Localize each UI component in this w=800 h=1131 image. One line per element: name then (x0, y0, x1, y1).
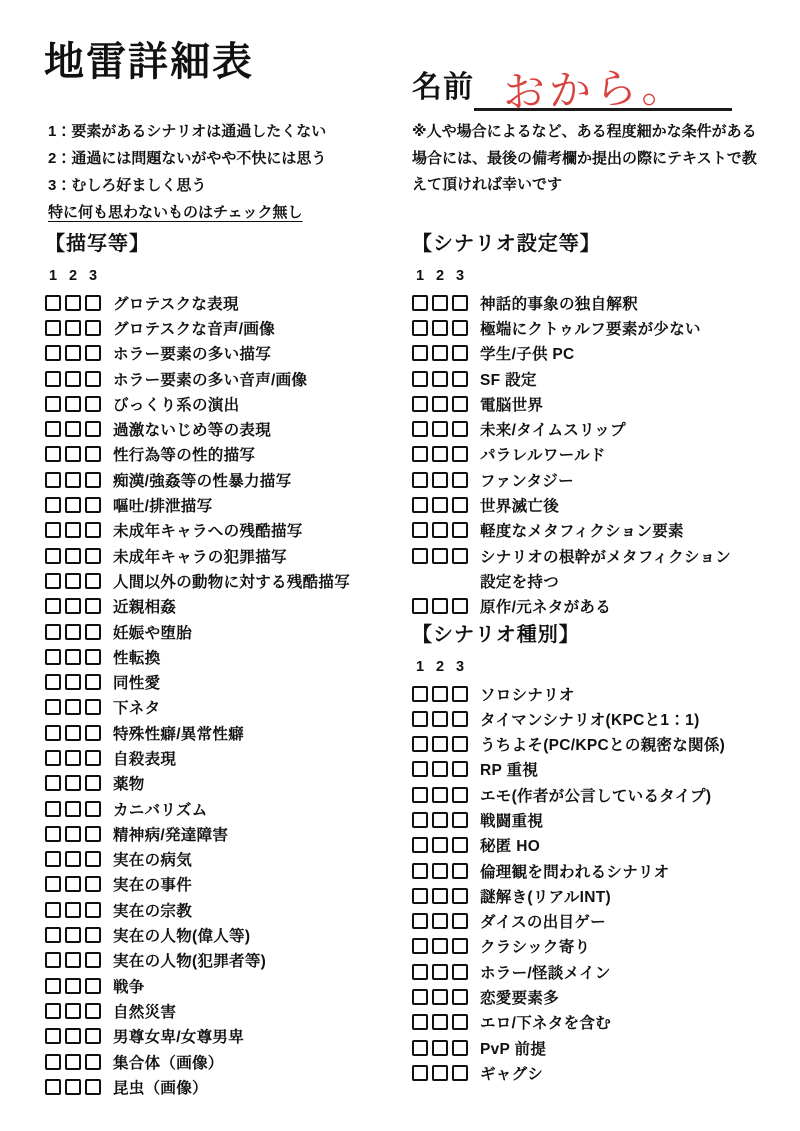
row-label: 精神病/発達障害 (113, 823, 228, 845)
checkbox-1[interactable] (412, 686, 428, 702)
row-label: 電脳世界 (480, 393, 543, 415)
checkbox-group (45, 624, 101, 640)
checkbox-3[interactable] (452, 548, 468, 564)
checkbox-group (45, 598, 101, 614)
checkbox-group (45, 421, 101, 437)
checkbox-1[interactable] (45, 371, 61, 387)
row-label: 極端にクトゥルフ要素が少ない (480, 317, 701, 339)
checkbox-2[interactable] (65, 674, 81, 690)
checkbox-1[interactable] (412, 320, 428, 336)
checkbox-group (412, 295, 468, 311)
checkbox-1[interactable] (412, 787, 428, 803)
checkbox-2[interactable] (432, 913, 448, 929)
checkbox-1[interactable] (412, 446, 428, 462)
checkbox-3[interactable] (85, 1054, 101, 1070)
checklist-row: 特殊性癖/異常性癖 (45, 720, 400, 745)
row-label-continuation: 設定を持つ (480, 570, 559, 592)
checkbox-2[interactable] (65, 446, 81, 462)
checkbox-2[interactable] (432, 711, 448, 727)
checkbox-3[interactable] (452, 787, 468, 803)
checkbox-1[interactable] (45, 345, 61, 361)
checkbox-group (412, 320, 468, 336)
checkbox-3[interactable] (452, 446, 468, 462)
checkbox-1[interactable] (412, 548, 428, 564)
scale-header: 123 (412, 658, 792, 676)
row-label: うちよそ(PC/KPCとの親密な関係) (480, 733, 725, 755)
checkbox-1[interactable] (45, 320, 61, 336)
checkbox-3[interactable] (85, 775, 101, 791)
checklist-row: 学生/子供 PC (412, 341, 792, 366)
checkbox-group (412, 522, 468, 538)
row-label: 秘匿 HO (480, 834, 540, 856)
checklist-row: びっくり系の演出 (45, 391, 400, 416)
checkbox-group (412, 371, 468, 387)
checkbox-1[interactable] (45, 978, 61, 994)
checkbox-3[interactable] (85, 522, 101, 538)
checkbox-2[interactable] (432, 396, 448, 412)
checkbox-1[interactable] (45, 699, 61, 715)
row-label: ホラー要素の多い描写 (113, 342, 271, 364)
rating-legend: 1：要素があるシナリオは通過したくない 2：通過には問題ないがやや不快には思う … (48, 118, 326, 226)
checkbox-group (45, 876, 101, 892)
checkbox-1[interactable] (412, 736, 428, 752)
checkbox-3[interactable] (85, 624, 101, 640)
checkbox-group (45, 851, 101, 867)
row-label: タイマンシナリオ(KPCと1：1) (480, 708, 700, 730)
checkbox-3[interactable] (85, 295, 101, 311)
checkbox-group (45, 674, 101, 690)
checkbox-1[interactable] (45, 851, 61, 867)
checkbox-group (45, 1054, 101, 1070)
checkbox-2[interactable] (65, 826, 81, 842)
checkbox-3[interactable] (85, 725, 101, 741)
checkbox-1[interactable] (412, 371, 428, 387)
checklist-row: 謎解き(リアルINT) (412, 883, 792, 908)
row-label: 男尊女卑/女尊男卑 (113, 1025, 244, 1047)
checkbox-1[interactable] (45, 1054, 61, 1070)
checkbox-1[interactable] (45, 775, 61, 791)
checkbox-1[interactable] (412, 837, 428, 853)
checkbox-group (412, 1014, 468, 1030)
checkbox-2[interactable] (65, 725, 81, 741)
row-label: エロ/下ネタを含む (480, 1011, 611, 1033)
row-label: ホラー/怪談メイン (480, 961, 611, 983)
checkbox-1[interactable] (45, 548, 61, 564)
checkbox-2[interactable] (432, 497, 448, 513)
checkbox-2[interactable] (65, 927, 81, 943)
checkbox-1[interactable] (412, 863, 428, 879)
checkbox-2[interactable] (432, 989, 448, 1005)
checkbox-group (412, 989, 468, 1005)
checklist-row: 電脳世界 (412, 391, 792, 416)
checkbox-1[interactable] (45, 421, 61, 437)
checkbox-3[interactable] (452, 989, 468, 1005)
checkbox-3[interactable] (85, 396, 101, 412)
checkbox-3[interactable] (452, 1065, 468, 1081)
row-label: RP 重視 (480, 758, 538, 780)
checklist-row: 神話的事象の独自解釈 (412, 290, 792, 315)
checkbox-1[interactable] (45, 876, 61, 892)
row-label: 学生/子供 PC (480, 342, 575, 364)
checkbox-3[interactable] (85, 1003, 101, 1019)
scale-number-3: 3 (85, 267, 101, 285)
checkbox-2[interactable] (65, 775, 81, 791)
row-label: ソロシナリオ (480, 683, 575, 705)
checkbox-2[interactable] (432, 1014, 448, 1030)
checkbox-1[interactable] (412, 1040, 428, 1056)
checklist-row: 近親相姦 (45, 594, 400, 619)
checkbox-2[interactable] (432, 446, 448, 462)
row-label: 集合体（画像） (113, 1051, 224, 1073)
checkbox-2[interactable] (65, 649, 81, 665)
checkbox-1[interactable] (45, 649, 61, 665)
checkbox-3[interactable] (85, 750, 101, 766)
checkbox-2[interactable] (65, 952, 81, 968)
checkbox-3[interactable] (85, 876, 101, 892)
checkbox-2[interactable] (432, 863, 448, 879)
checkbox-1[interactable] (412, 913, 428, 929)
row-label: 恋愛要素多 (480, 986, 559, 1008)
checkbox-2[interactable] (65, 851, 81, 867)
checkbox-3[interactable] (452, 1040, 468, 1056)
checkbox-1[interactable] (412, 472, 428, 488)
checkbox-2[interactable] (432, 812, 448, 828)
checkbox-2[interactable] (65, 902, 81, 918)
checkbox-1[interactable] (45, 725, 61, 741)
checkbox-2[interactable] (432, 295, 448, 311)
checkbox-2[interactable] (65, 1003, 81, 1019)
checkbox-2[interactable] (65, 876, 81, 892)
checkbox-group (412, 1040, 468, 1056)
checkbox-2[interactable] (65, 320, 81, 336)
checkbox-1[interactable] (412, 497, 428, 513)
row-label: 未成年キャラの犯罪描写 (113, 545, 287, 567)
scale-number-1: 1 (45, 267, 61, 285)
checkbox-1[interactable] (45, 522, 61, 538)
checkbox-3[interactable] (85, 674, 101, 690)
row-label: ファンタジー (480, 469, 574, 491)
checkbox-group (45, 927, 101, 943)
scale-number-3: 3 (452, 267, 468, 285)
name-label: 名前 (412, 73, 474, 111)
checkbox-2[interactable] (65, 1079, 81, 1095)
row-label: 世界滅亡後 (480, 494, 559, 516)
row-label: 性転換 (113, 646, 160, 668)
checkbox-group (412, 812, 468, 828)
checkbox-2[interactable] (65, 573, 81, 589)
checkbox-1[interactable] (412, 711, 428, 727)
legend-no-check-note: 特に何も思わないものはチェック無し (48, 199, 326, 226)
checkbox-1[interactable] (45, 624, 61, 640)
checkbox-1[interactable] (412, 964, 428, 980)
checkbox-group (412, 396, 468, 412)
checkbox-3[interactable] (85, 851, 101, 867)
checklist-row: エロ/下ネタを含む (412, 1010, 792, 1035)
checkbox-2[interactable] (432, 345, 448, 361)
checkbox-group (412, 686, 468, 702)
checkbox-2[interactable] (65, 421, 81, 437)
checkbox-2[interactable] (432, 686, 448, 702)
checkbox-1[interactable] (45, 1028, 61, 1044)
checkbox-2[interactable] (65, 699, 81, 715)
checkbox-1[interactable] (412, 598, 428, 614)
checkbox-3[interactable] (452, 396, 468, 412)
checkbox-3[interactable] (452, 736, 468, 752)
checklist-row: ホラー要素の多い音声/画像 (45, 366, 400, 391)
page-title: 地雷詳細表 (44, 38, 254, 86)
checkbox-2[interactable] (432, 548, 448, 564)
checkbox-2[interactable] (432, 472, 448, 488)
checkbox-2[interactable] (432, 371, 448, 387)
checkbox-2[interactable] (432, 837, 448, 853)
checkbox-group (412, 446, 468, 462)
checkbox-3[interactable] (452, 938, 468, 954)
name-input-line[interactable]: おから。 (474, 58, 732, 111)
checkbox-1[interactable] (45, 750, 61, 766)
checkbox-group (45, 1028, 101, 1044)
checkbox-3[interactable] (85, 371, 101, 387)
checklist-row: ダイスの出目ゲー (412, 909, 792, 934)
checkbox-2[interactable] (432, 522, 448, 538)
checkbox-1[interactable] (412, 812, 428, 828)
scale-number-1: 1 (412, 658, 428, 676)
row-label: 近親相姦 (113, 595, 176, 617)
checkbox-1[interactable] (45, 826, 61, 842)
checkbox-3[interactable] (85, 345, 101, 361)
checkbox-2[interactable] (432, 761, 448, 777)
checkbox-3[interactable] (85, 649, 101, 665)
checkbox-3[interactable] (85, 320, 101, 336)
checkbox-3[interactable] (452, 686, 468, 702)
checkbox-1[interactable] (45, 446, 61, 462)
checkbox-3[interactable] (85, 952, 101, 968)
checklist-row: 戦争 (45, 973, 400, 998)
checkbox-3[interactable] (452, 1014, 468, 1030)
checklist-row: グロテスクな音声/画像 (45, 315, 400, 340)
checkbox-3[interactable] (452, 761, 468, 777)
checkbox-1[interactable] (412, 396, 428, 412)
checkbox-1[interactable] (45, 598, 61, 614)
checkbox-1[interactable] (412, 522, 428, 538)
checklist-row: グロテスクな表現 (45, 290, 400, 315)
legend-line-1: 1：要素があるシナリオは通過したくない (48, 118, 326, 145)
checklist-row: 薬物 (45, 771, 400, 796)
checkbox-2[interactable] (65, 978, 81, 994)
checkbox-group (412, 888, 468, 904)
checkbox-group (412, 345, 468, 361)
checkbox-2[interactable] (65, 371, 81, 387)
checkbox-2[interactable] (65, 295, 81, 311)
checklist-row: 軽度なメタフィクション要素 (412, 518, 792, 543)
checkbox-3[interactable] (452, 913, 468, 929)
checkbox-3[interactable] (85, 699, 101, 715)
checklist-row: 自然災害 (45, 998, 400, 1023)
checkbox-1[interactable] (412, 989, 428, 1005)
row-label: エモ(作者が公言しているタイプ) (480, 784, 711, 806)
checkbox-2[interactable] (432, 421, 448, 437)
checklist-row: 実在の宗教 (45, 897, 400, 922)
checkbox-2[interactable] (65, 598, 81, 614)
checkbox-group (45, 978, 101, 994)
checklist-row: 過激ないじめ等の表現 (45, 416, 400, 441)
checkbox-1[interactable] (45, 902, 61, 918)
checkbox-group (45, 548, 101, 564)
checkbox-3[interactable] (85, 801, 101, 817)
checkbox-3[interactable] (452, 837, 468, 853)
checkbox-1[interactable] (45, 674, 61, 690)
row-label: シナリオの根幹がメタフィクション (480, 545, 731, 567)
checkbox-3[interactable] (452, 320, 468, 336)
checkbox-2[interactable] (65, 396, 81, 412)
checkbox-1[interactable] (45, 295, 61, 311)
checkbox-group (45, 472, 101, 488)
scale-number-2: 2 (432, 267, 448, 285)
checklist-row: 精神病/発達障害 (45, 821, 400, 846)
checkbox-2[interactable] (432, 320, 448, 336)
row-label: 神話的事象の独自解釈 (480, 292, 638, 314)
checkbox-2[interactable] (65, 345, 81, 361)
checkbox-3[interactable] (452, 711, 468, 727)
checklist-row: 妊娠や堕胎 (45, 619, 400, 644)
checkbox-2[interactable] (65, 472, 81, 488)
checkbox-3[interactable] (452, 371, 468, 387)
checkbox-1[interactable] (45, 1003, 61, 1019)
checkbox-3[interactable] (452, 345, 468, 361)
conditions-note: ※人や場合によるなど、ある程度細かな条件がある 場合には、最後の備考欄か提出の際… (412, 119, 757, 199)
checkbox-3[interactable] (452, 522, 468, 538)
checkbox-group (45, 1003, 101, 1019)
checkbox-group (412, 497, 468, 513)
row-label: グロテスクな表現 (113, 292, 239, 314)
checklist-row: ホラー/怪談メイン (412, 959, 792, 984)
checkbox-3[interactable] (85, 978, 101, 994)
checklist-row: PvP 前提 (412, 1035, 792, 1060)
checkbox-2[interactable] (65, 1028, 81, 1044)
checkbox-group (412, 1065, 468, 1081)
checklist-row: 下ネタ (45, 695, 400, 720)
checkbox-2[interactable] (65, 624, 81, 640)
row-label: 痴漢/強姦等の性暴力描写 (113, 469, 291, 491)
checkbox-group (45, 649, 101, 665)
row-label: パラレルワールド (480, 443, 606, 465)
checkbox-2[interactable] (65, 750, 81, 766)
checkbox-3[interactable] (452, 295, 468, 311)
checkbox-3[interactable] (85, 826, 101, 842)
legend-line-2: 2：通過には問題ないがやや不快には思う (48, 145, 326, 172)
checkbox-1[interactable] (412, 421, 428, 437)
checkbox-1[interactable] (45, 573, 61, 589)
checkbox-3[interactable] (85, 927, 101, 943)
checklist-row: 性転換 (45, 644, 400, 669)
row-label: 実在の病気 (113, 848, 192, 870)
checkbox-group (45, 522, 101, 538)
checkbox-group (412, 598, 468, 614)
checkbox-3[interactable] (452, 497, 468, 513)
checkbox-1[interactable] (412, 938, 428, 954)
checkbox-1[interactable] (412, 295, 428, 311)
checkbox-group (45, 497, 101, 513)
row-label: 戦争 (113, 975, 145, 997)
checklist-row: 世界滅亡後 (412, 492, 792, 517)
checkbox-3[interactable] (85, 573, 101, 589)
checkbox-2[interactable] (65, 548, 81, 564)
checkbox-3[interactable] (85, 472, 101, 488)
checkbox-2[interactable] (65, 497, 81, 513)
checkbox-3[interactable] (85, 446, 101, 462)
checkbox-1[interactable] (45, 927, 61, 943)
checkbox-2[interactable] (432, 787, 448, 803)
row-label: 人間以外の動物に対する残酷描写 (113, 570, 350, 592)
checkbox-1[interactable] (45, 952, 61, 968)
checkbox-group (45, 801, 101, 817)
checkbox-3[interactable] (85, 902, 101, 918)
checkbox-3[interactable] (452, 863, 468, 879)
checkbox-1[interactable] (412, 345, 428, 361)
checkbox-group (45, 725, 101, 741)
checkbox-2[interactable] (432, 598, 448, 614)
checkbox-2[interactable] (65, 1054, 81, 1070)
checkbox-group (412, 863, 468, 879)
checkbox-1[interactable] (45, 1079, 61, 1095)
checkbox-group (45, 573, 101, 589)
checkbox-2[interactable] (432, 888, 448, 904)
checkbox-3[interactable] (452, 421, 468, 437)
section-heading: 【描写等】 (45, 230, 400, 258)
checkbox-2[interactable] (432, 1040, 448, 1056)
checkbox-3[interactable] (85, 421, 101, 437)
checkbox-1[interactable] (412, 1014, 428, 1030)
checkbox-group (45, 345, 101, 361)
checkbox-group (412, 837, 468, 853)
checkbox-1[interactable] (412, 888, 428, 904)
checkbox-3[interactable] (85, 548, 101, 564)
checkbox-3[interactable] (452, 598, 468, 614)
checkbox-1[interactable] (45, 497, 61, 513)
checkbox-2[interactable] (432, 736, 448, 752)
checklist-row: 実在の病気 (45, 847, 400, 872)
checkbox-2[interactable] (65, 801, 81, 817)
conditions-note-line-1: ※人や場合によるなど、ある程度細かな条件がある (412, 119, 757, 146)
checkbox-1[interactable] (45, 396, 61, 412)
checkbox-group (412, 711, 468, 727)
checkbox-1[interactable] (45, 801, 61, 817)
checkbox-2[interactable] (432, 964, 448, 980)
checkbox-1[interactable] (412, 1065, 428, 1081)
checkbox-2[interactable] (65, 522, 81, 538)
checkbox-group (412, 913, 468, 929)
checkbox-2[interactable] (432, 938, 448, 954)
checkbox-2[interactable] (432, 1065, 448, 1081)
checkbox-group (45, 952, 101, 968)
checkbox-3[interactable] (452, 812, 468, 828)
checkbox-3[interactable] (85, 497, 101, 513)
scale-number-1: 1 (412, 267, 428, 285)
row-label: 妊娠や堕胎 (113, 621, 192, 643)
checkbox-1[interactable] (45, 472, 61, 488)
checkbox-group (45, 775, 101, 791)
checkbox-3[interactable] (85, 1079, 101, 1095)
checkbox-1[interactable] (412, 761, 428, 777)
checkbox-3[interactable] (85, 1028, 101, 1044)
checkbox-3[interactable] (85, 598, 101, 614)
checkbox-3[interactable] (452, 888, 468, 904)
scale-header: 123 (412, 267, 792, 285)
checkbox-3[interactable] (452, 472, 468, 488)
checkbox-group (412, 472, 468, 488)
row-label: 昆虫（画像） (113, 1076, 208, 1098)
row-label: 戦闘重視 (480, 809, 543, 831)
checkbox-3[interactable] (452, 964, 468, 980)
